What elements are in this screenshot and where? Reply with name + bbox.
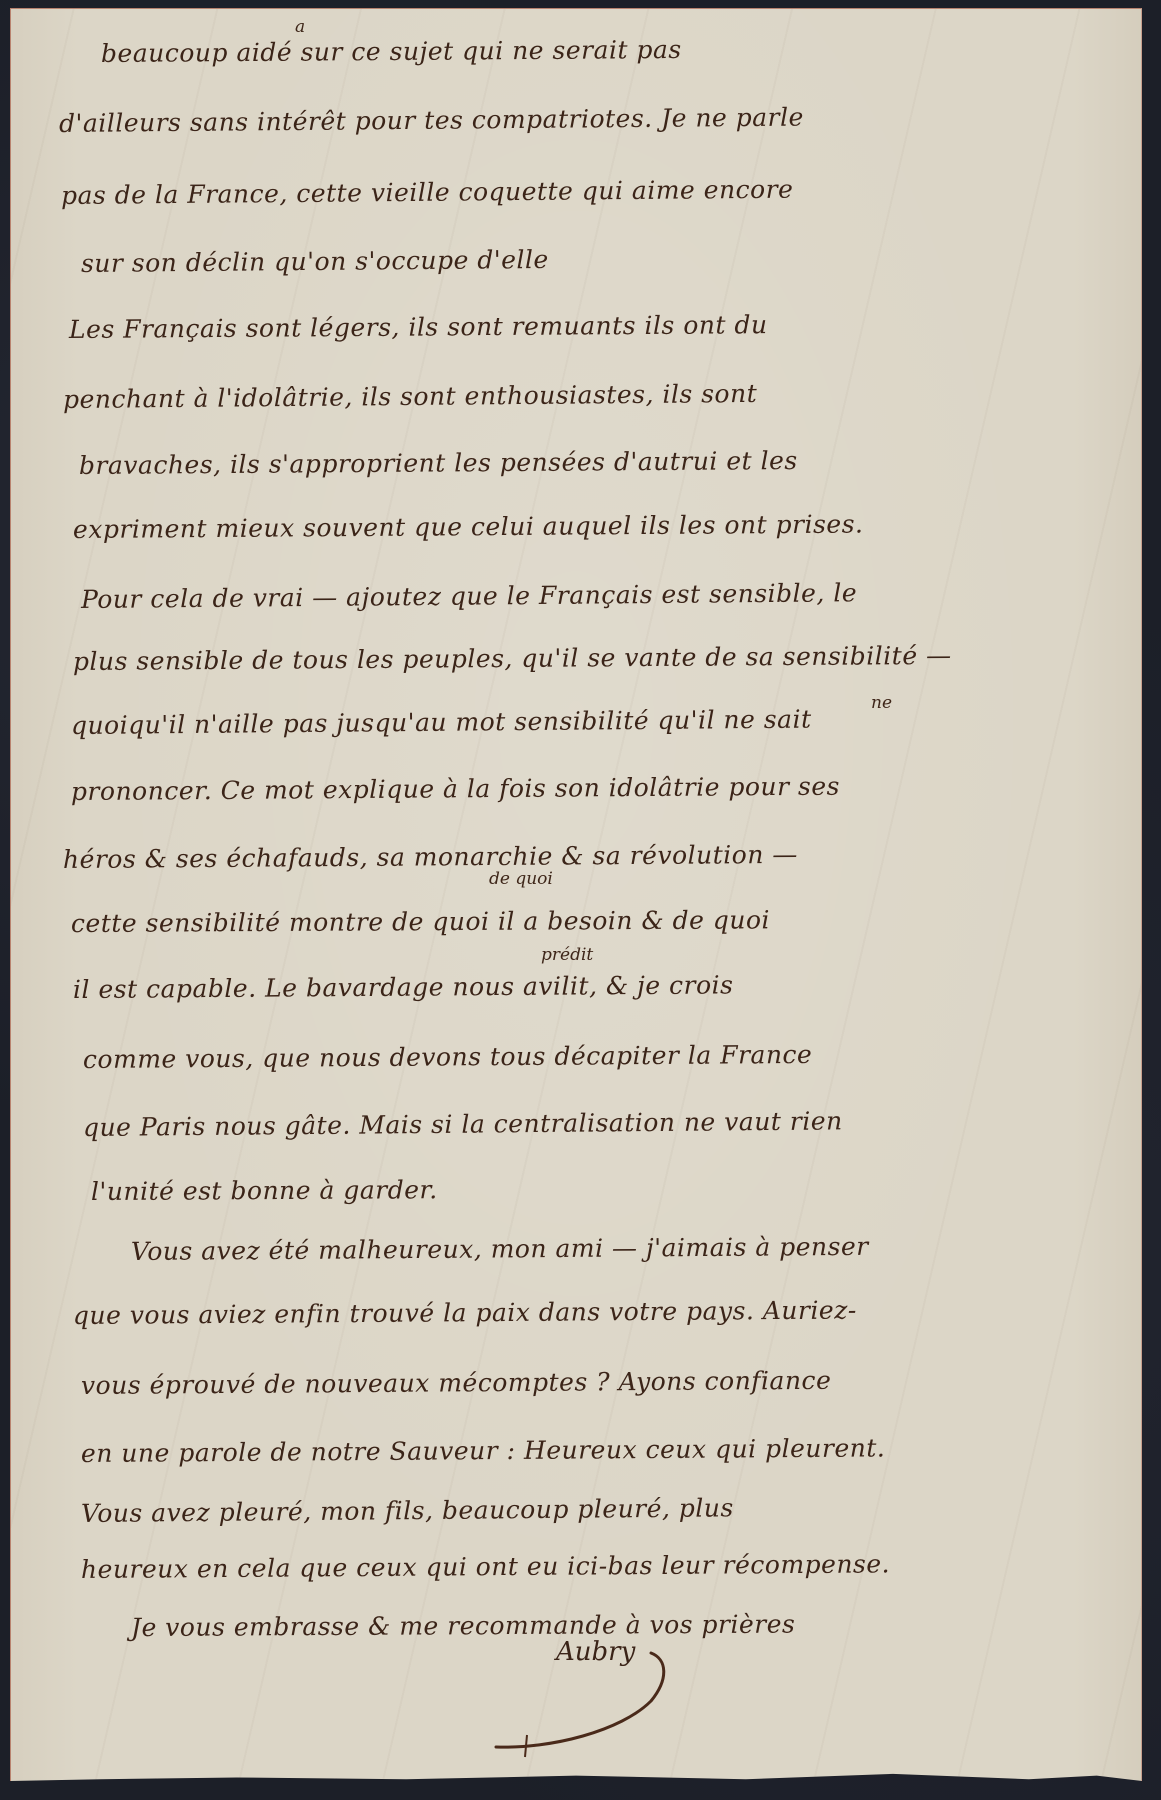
interlinear-insertion: prédit [541,945,593,965]
letter-line: que vous aviez enfin trouvé la paix dans… [73,1296,857,1330]
letter-line: plus sensible de tous les peuples, qu'il… [73,641,952,676]
letter-line: quoiqu'il n'aille pas jusqu'au mot sensi… [71,705,812,740]
letter-line: en une parole de notre Sauveur : Heureux… [81,1433,885,1468]
letter-line: que Paris nous gâte. Mais si la centrali… [83,1106,843,1142]
letter-line: prononcer. Ce mot explique à la fois son… [71,772,840,806]
interlinear-insertion: de quoi [489,869,553,889]
letter-line: cette sensibilité montre de quoi il a be… [71,905,770,938]
letter-line: bravaches, ils s'approprient les pensées… [79,446,798,480]
interlinear-insertion: a [295,17,305,37]
letter-line: beaucoup aidé sur ce sujet qui ne serait… [101,35,682,68]
letter-line: penchant à l'idolâtrie, ils sont enthous… [63,379,757,414]
letter-line: sur son déclin qu'on s'occupe d'elle [81,245,549,278]
letter-line: Je vous embrasse & me recommande à vos p… [131,1610,795,1642]
letter-line: pas de la France, cette vieille coquette… [61,175,794,210]
interlinear-insertion: ne [871,693,892,713]
letter-line: Vous avez pleuré, mon fils, beaucoup ple… [81,1493,734,1528]
letter-line: Pour cela de vrai — ajoutez que le Franç… [81,578,857,614]
letter-line: il est capable. Le bavardage nous avilit… [73,970,734,1004]
letter-page: beaucoup aidé sur ce sujet qui ne serait… [10,8,1142,1781]
letter-line: vous éprouvé de nouveaux mécomptes ? Ayo… [81,1366,832,1400]
letter-line: Les Français sont légers, ils sont remua… [69,310,768,344]
signature-flourish-icon [491,1649,751,1759]
letter-line: Vous avez été malheureux, mon ami — j'ai… [131,1232,869,1266]
letter-line: expriment mieux souvent que celui auquel… [73,509,864,544]
letter-body: beaucoup aidé sur ce sujet qui ne serait… [11,9,1141,1781]
letter-line: heureux en cela que ceux qui ont eu ici-… [81,1549,890,1584]
letter-line: héros & ses échafauds, sa monarchie & sa… [63,840,798,874]
letter-line: d'ailleurs sans intérêt pour tes compatr… [59,103,804,138]
letter-line: comme vous, que nous devons tous décapit… [83,1040,812,1074]
letter-line: l'unité est bonne à garder. [91,1175,438,1206]
